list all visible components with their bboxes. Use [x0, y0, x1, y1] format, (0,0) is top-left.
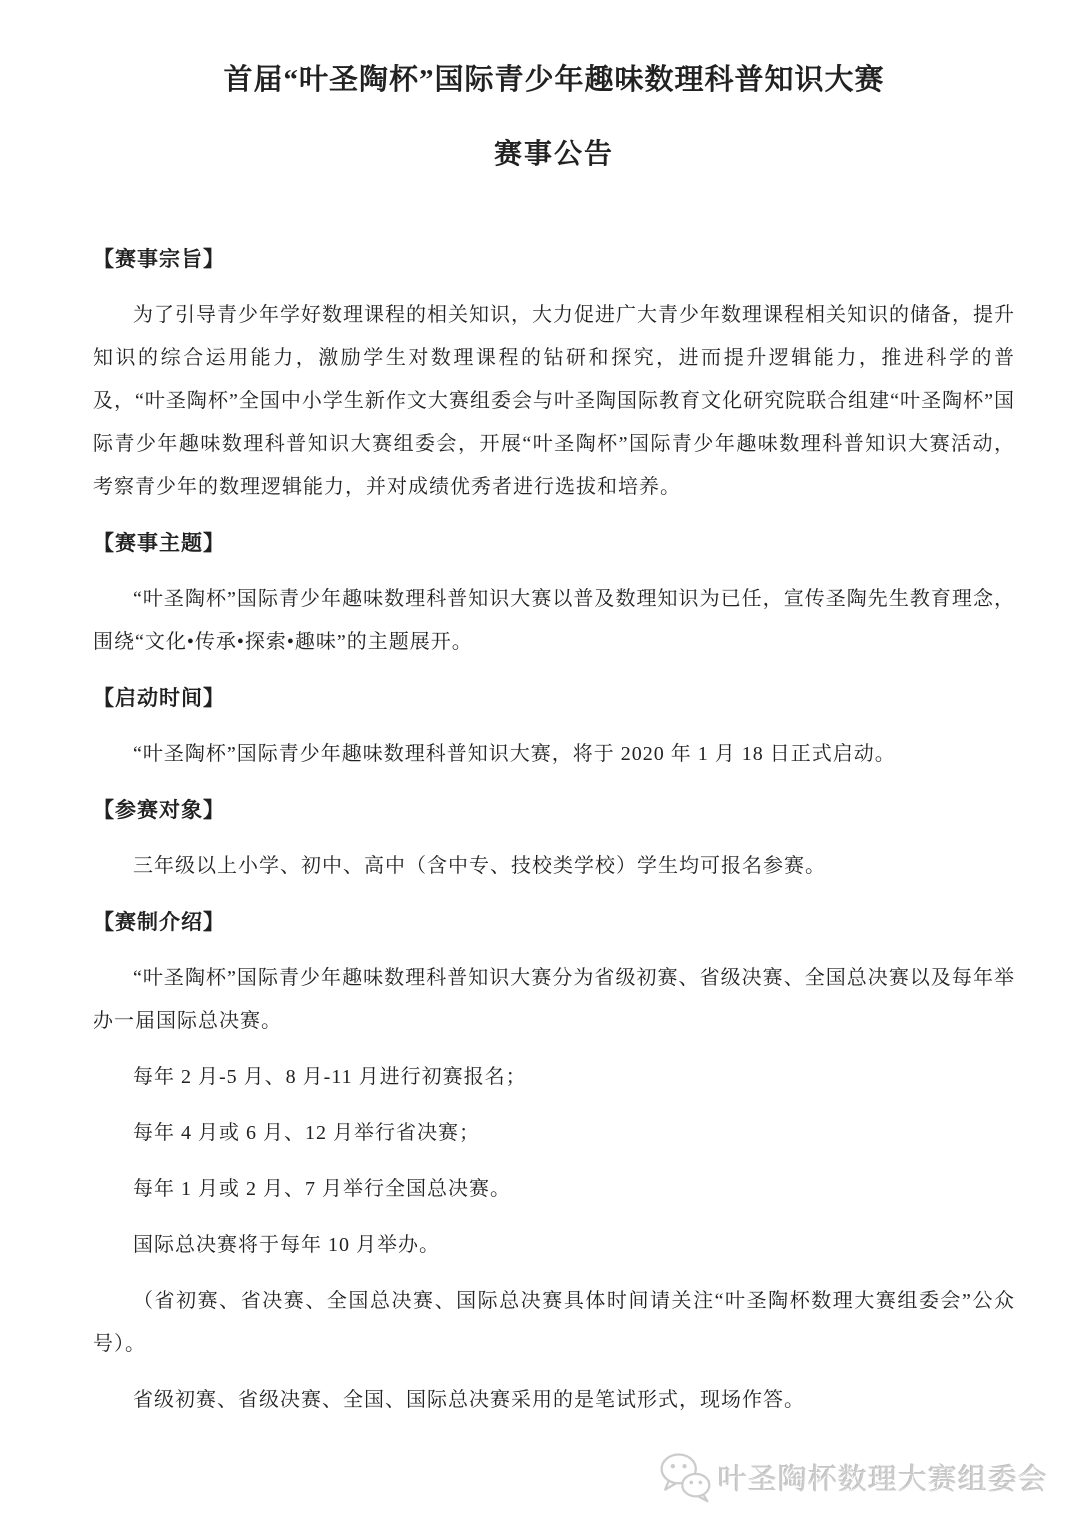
paragraph: 每年 4 月或 6 月、12 月举行省决赛；: [93, 1112, 1015, 1155]
watermark-text: 叶圣陶杯数理大赛组委会: [718, 1457, 1048, 1498]
section-heading: 【赛事宗旨】: [93, 238, 1015, 281]
paragraph: “叶圣陶杯”国际青少年趣味数理科普知识大赛，将于 2020 年 1 月 18 日…: [93, 733, 1015, 776]
paragraph: （省初赛、省决赛、全国总决赛、国际总决赛具体时间请关注“叶圣陶杯数理大赛组委会”…: [93, 1280, 1015, 1366]
section-heading: 【赛事主题】: [93, 522, 1015, 565]
doc-title: 首届“叶圣陶杯”国际青少年趣味数理科普知识大赛: [93, 63, 1015, 97]
section-purpose: 【赛事宗旨】 为了引导青少年学好数理课程的相关知识，大力促进广大青少年数理课程相…: [93, 238, 1015, 509]
paragraph: 每年 1 月或 2 月、7 月举行全国总决赛。: [93, 1168, 1015, 1211]
doc-subtitle: 赛事公告: [93, 138, 1015, 172]
paragraph: 为了引导青少年学好数理课程的相关知识，大力促进广大青少年数理课程相关知识的储备，…: [93, 294, 1015, 509]
paragraph: “叶圣陶杯”国际青少年趣味数理科普知识大赛以普及数理知识为已任，宣传圣陶先生教育…: [93, 578, 1015, 664]
section-format: 【赛制介绍】 “叶圣陶杯”国际青少年趣味数理科普知识大赛分为省级初赛、省级决赛、…: [93, 901, 1015, 1422]
paragraph: 每年 2 月-5 月、8 月-11 月进行初赛报名；: [93, 1056, 1015, 1099]
section-heading: 【赛制介绍】: [93, 901, 1015, 944]
paragraph: “叶圣陶杯”国际青少年趣味数理科普知识大赛分为省级初赛、省级决赛、全国总决赛以及…: [93, 957, 1015, 1043]
section-launch-time: 【启动时间】 “叶圣陶杯”国际青少年趣味数理科普知识大赛，将于 2020 年 1…: [93, 677, 1015, 776]
section-heading: 【启动时间】: [93, 677, 1015, 720]
paragraph: 省级初赛、省级决赛、全国、国际总决赛采用的是笔试形式，现场作答。: [93, 1379, 1015, 1422]
section-heading: 【参赛对象】: [93, 789, 1015, 832]
watermark: 叶圣陶杯数理大赛组委会: [658, 1450, 1048, 1504]
paragraph: 三年级以上小学、初中、高中（含中专、技校类学校）学生均可报名参赛。: [93, 845, 1015, 888]
section-participants: 【参赛对象】 三年级以上小学、初中、高中（含中专、技校类学校）学生均可报名参赛。: [93, 789, 1015, 888]
paragraph: 国际总决赛将于每年 10 月举办。: [93, 1224, 1015, 1267]
wechat-icon: [658, 1450, 712, 1504]
document-page: 首届“叶圣陶杯”国际青少年趣味数理科普知识大赛 赛事公告 【赛事宗旨】 为了引导…: [0, 0, 1080, 1526]
section-theme: 【赛事主题】 “叶圣陶杯”国际青少年趣味数理科普知识大赛以普及数理知识为已任，宣…: [93, 522, 1015, 664]
